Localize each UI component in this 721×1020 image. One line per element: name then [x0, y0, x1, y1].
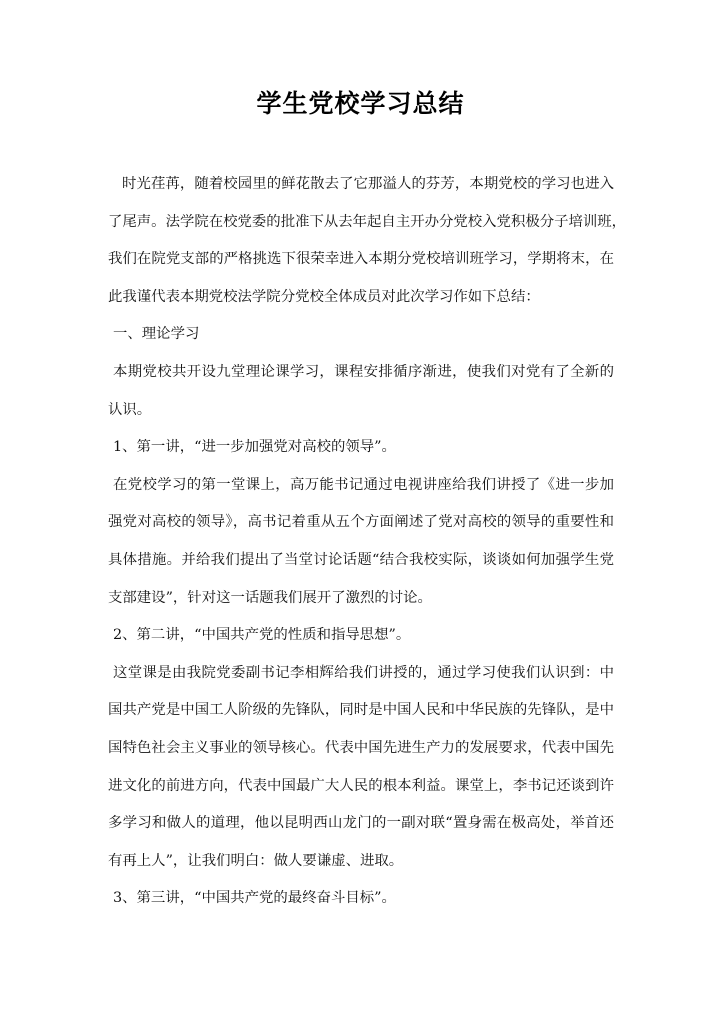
text-line: 了尾声。法学院在校党委的批准下从去年起自主开办分党校入党积极分子培训班， — [108, 207, 614, 245]
text-line: 进文化的前进方向，代表中国最广大人民的根本利益。课堂上，李书记还谈到许 — [108, 771, 614, 809]
text-line: 时光荏苒，随着校园里的鲜花散去了它那溢人的芬芳，本期党校的学习也进入 — [108, 169, 614, 207]
text-line: 本期党校共开设九堂理论课学习，课程安排循序渐进，使我们对党有了全新的 — [108, 357, 614, 395]
text-line: 支部建设”，针对这一话题我们展开了激烈的讨论。 — [108, 583, 614, 621]
document-title: 学生党校学习总结 — [0, 86, 721, 122]
text-line: 一、理论学习 — [108, 319, 614, 357]
document-body: 时光荏苒，随着校园里的鲜花散去了它那溢人的芬芳，本期党校的学习也进入了尾声。法学… — [108, 169, 614, 921]
text-line: 1、第一讲，“进一步加强党对高校的领导”。 — [108, 432, 614, 470]
text-line: 国特色社会主义事业的领导核心。代表中国先进生产力的发展要求，代表中国先 — [108, 733, 614, 771]
text-line: 有再上人”，让我们明白：做人要谦虚、进取。 — [108, 846, 614, 884]
text-line: 在党校学习的第一堂课上，高万能书记通过电视讲座给我们讲授了《进一步加 — [108, 470, 614, 508]
text-line: 我们在院党支部的严格挑选下很荣幸进入本期分党校培训班学习，学期将末，在 — [108, 244, 614, 282]
text-line: 认识。 — [108, 395, 614, 433]
text-line: 2、第二讲，“中国共产党的性质和指导思想”。 — [108, 620, 614, 658]
text-line: 国共产党是中国工人阶级的先锋队，同时是中国人民和中华民族的先锋队，是中 — [108, 695, 614, 733]
text-line: 这堂课是由我院党委副书记李相辉给我们讲授的，通过学习使我们认识到：中 — [108, 658, 614, 696]
text-line: 多学习和做人的道理，他以昆明西山龙门的一副对联“置身需在极高处，举首还 — [108, 808, 614, 846]
text-line: 强党对高校的领导》，高书记着重从五个方面阐述了党对高校的领导的重要性和 — [108, 507, 614, 545]
text-line: 具体措施。并给我们提出了当堂讨论话题“结合我校实际，谈谈如何加强学生党 — [108, 545, 614, 583]
text-line: 3、第三讲，“中国共产党的最终奋斗目标”。 — [108, 883, 614, 921]
text-line: 此我谨代表本期党校法学院分党校全体成员对此次学习作如下总结： — [108, 282, 614, 320]
document-page: 学生党校学习总结 时光荏苒，随着校园里的鲜花散去了它那溢人的芬芳，本期党校的学习… — [0, 0, 721, 1020]
